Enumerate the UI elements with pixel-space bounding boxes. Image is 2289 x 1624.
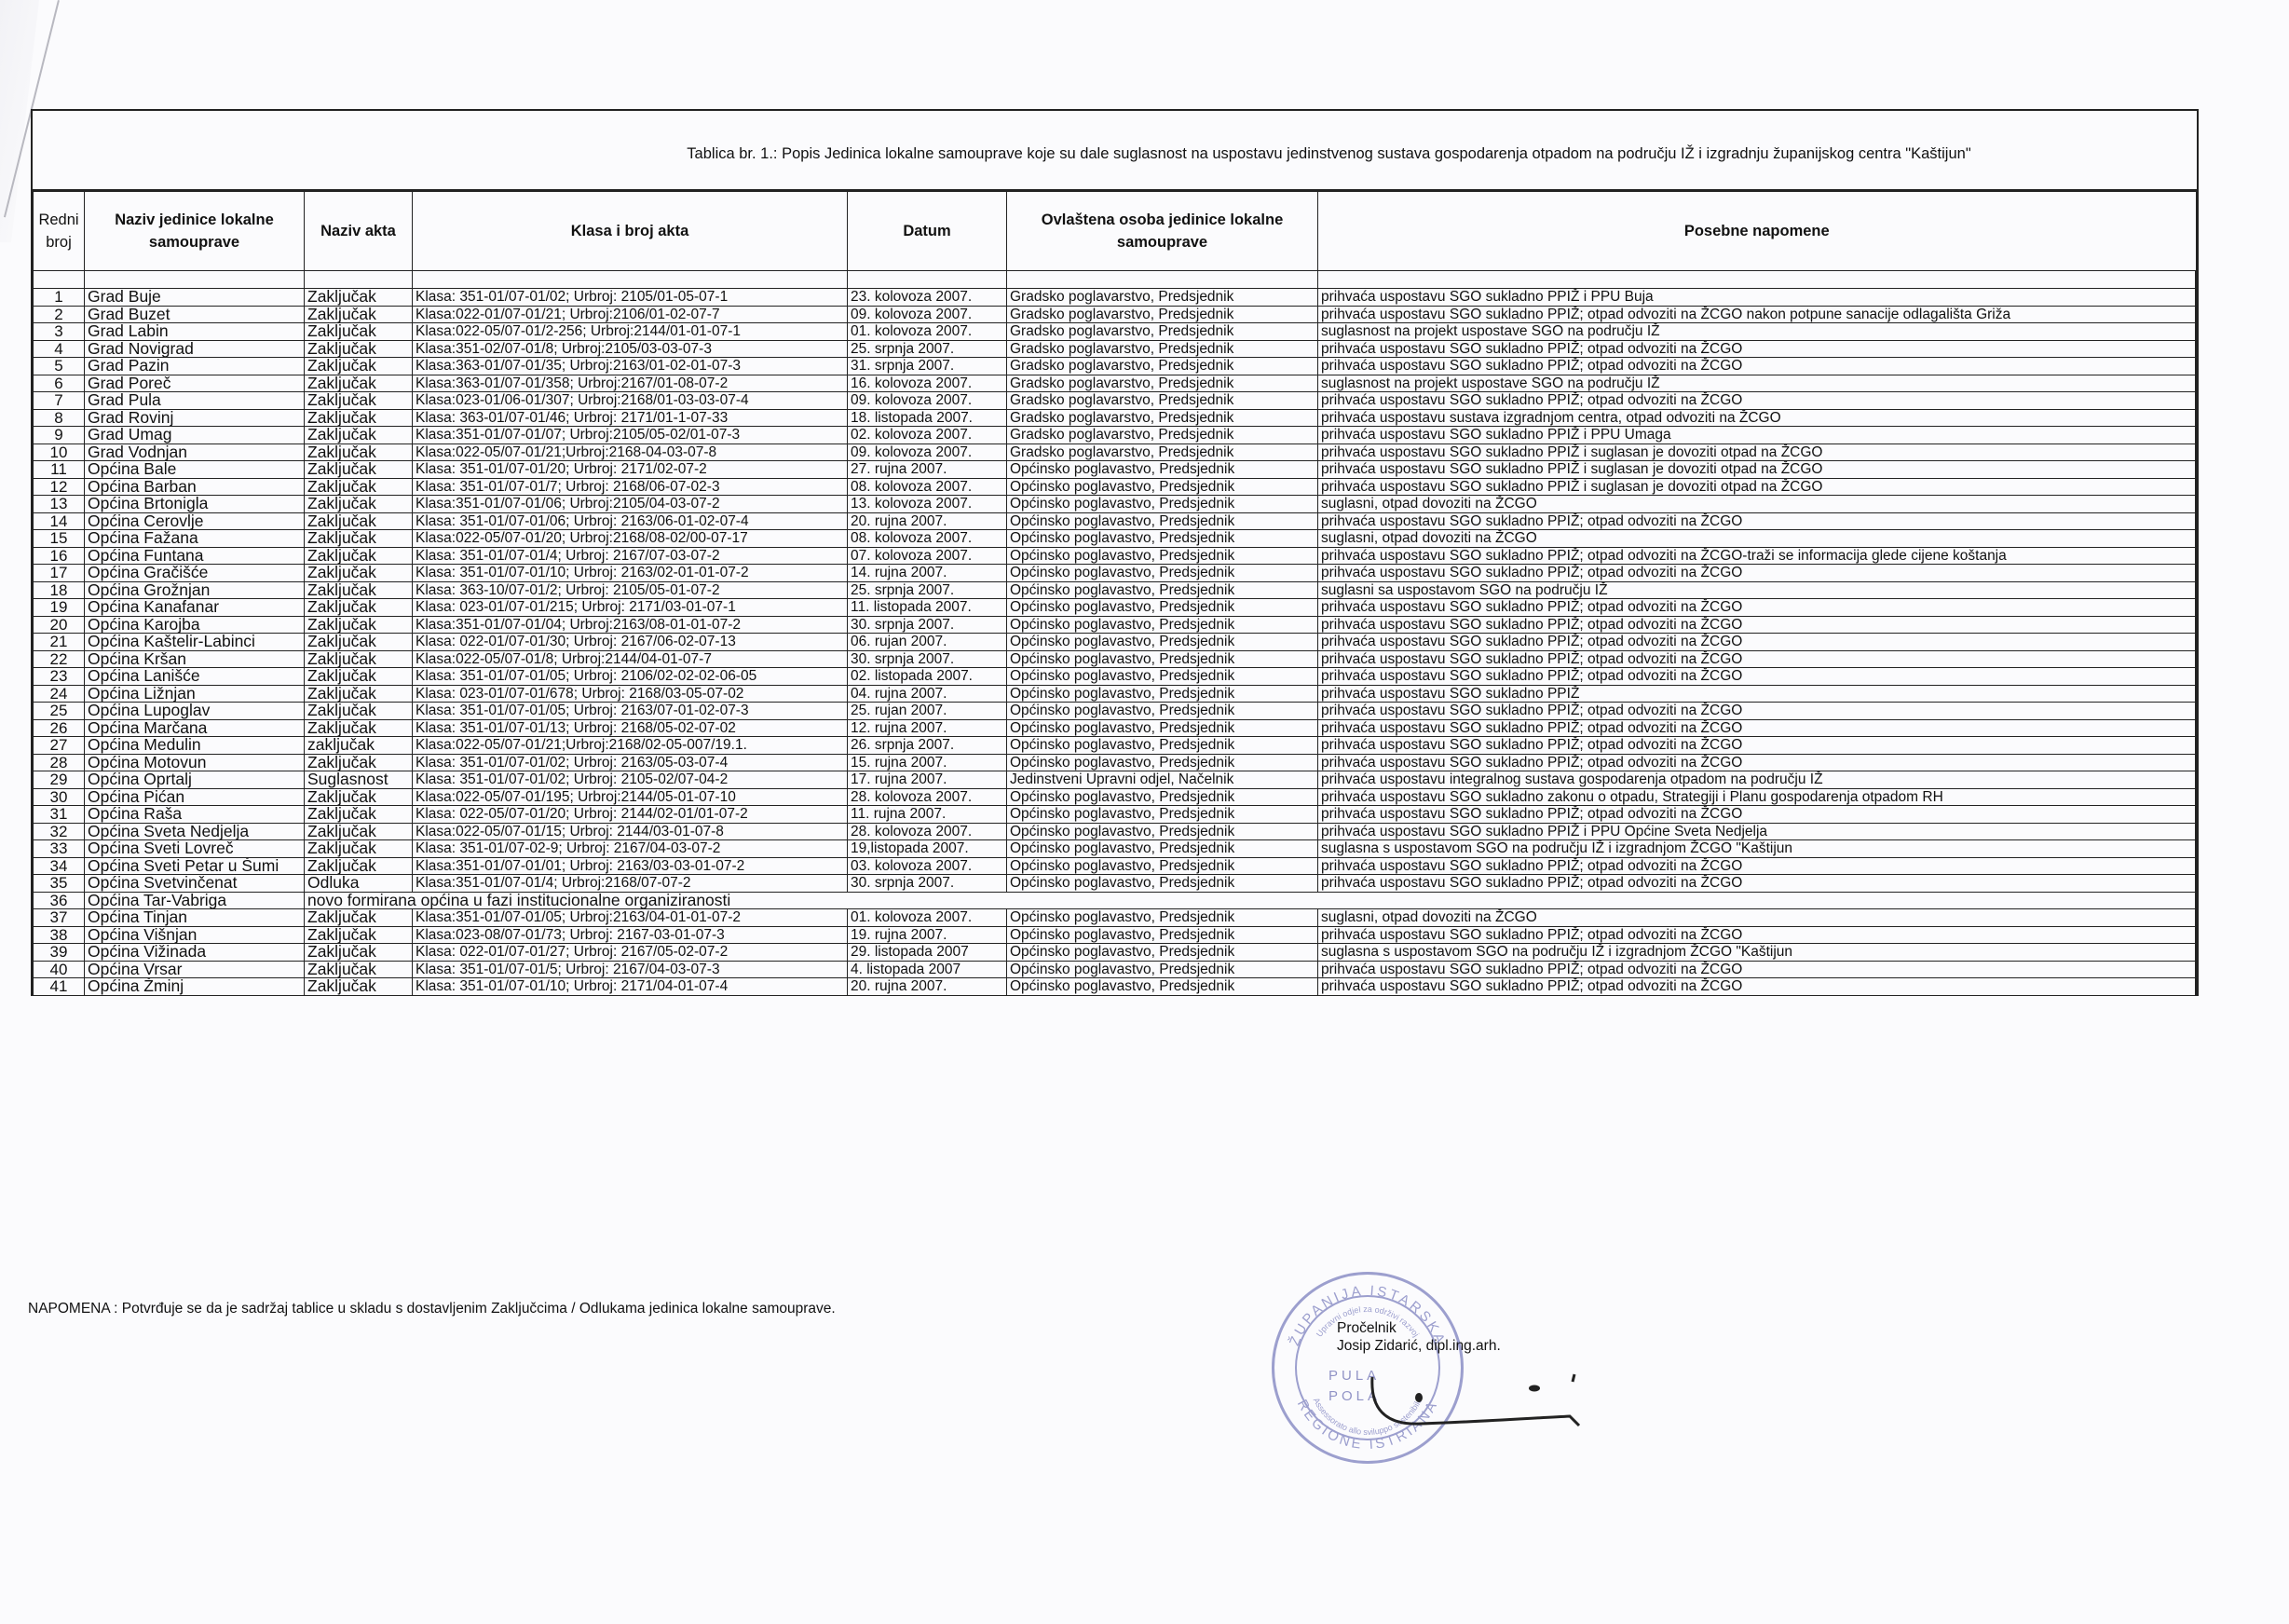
row-number: 9 <box>34 427 85 444</box>
act-type: Zaključak <box>305 926 413 944</box>
table-row: 4Grad NovigradZaključakKlasa:351-02/07-0… <box>34 340 2197 358</box>
municipality-name: Grad Buzet <box>85 306 305 323</box>
act-reference: Klasa:023-08/07-01/73; Urbroj: 2167-03-0… <box>413 926 848 944</box>
table-row: 7Grad PulaZaključakKlasa:023-01/06-01/30… <box>34 392 2197 410</box>
act-type: Zaključak <box>305 944 413 962</box>
authorized-person: Općinsko poglavastvo, Predsjednik <box>1007 650 1318 668</box>
row-number: 5 <box>34 358 85 375</box>
act-reference: Klasa:363-01/07-01/358; Urbroj:2167/01-0… <box>413 375 848 392</box>
row-number: 2 <box>34 306 85 323</box>
table-title: Tablica br. 1.: Popis Jedinica lokalne s… <box>687 145 1970 163</box>
special-notes: prihvaća uspostavu SGO sukladno PPIŽ; ot… <box>1318 806 2197 824</box>
special-notes: prihvaća uspostavu SGO sukladno PPIŽ i s… <box>1318 444 2197 461</box>
act-type: Zaključak <box>305 599 413 617</box>
table-row: 31Općina RašaZaključakKlasa: 022-05/07-0… <box>34 806 2197 824</box>
table-row: 5Grad PazinZaključakKlasa:363-01/07-01/3… <box>34 358 2197 375</box>
act-reference: Klasa: 022-01/07-01/30; Urbroj: 2167/06-… <box>413 634 848 651</box>
row-number: 27 <box>34 737 85 755</box>
table-row: 21Općina Kaštelir-LabinciZaključakKlasa:… <box>34 634 2197 651</box>
act-reference: Klasa: 351-01/07-01/02; Urbroj: 2105/01-… <box>413 289 848 307</box>
footnote: NAPOMENA : Potvrđuje se da je sadržaj ta… <box>28 1301 836 1317</box>
act-type: Zaključak <box>305 668 413 686</box>
special-notes: prihvaća uspostavu SGO sukladno PPIŽ; ot… <box>1318 547 2197 565</box>
merged-note: novo formirana općina u fazi institucion… <box>305 892 2197 909</box>
row-number: 4 <box>34 340 85 358</box>
municipality-name: Grad Umag <box>85 427 305 444</box>
act-reference: Klasa:351-01/07-01/06; Urbroj:2105/04-03… <box>413 496 848 513</box>
document-table-frame: Tablica br. 1.: Popis Jedinica lokalne s… <box>31 109 2199 996</box>
authorized-person: Općinsko poglavastvo, Predsjednik <box>1007 547 1318 565</box>
row-number: 23 <box>34 668 85 686</box>
handwritten-signature-icon <box>1318 1332 1635 1435</box>
act-date: 11. listopada 2007. <box>848 599 1007 617</box>
row-number: 18 <box>34 581 85 599</box>
authorized-person: Općinsko poglavastvo, Predsjednik <box>1007 978 1318 996</box>
special-notes: suglasni sa uspostavom SGO na području I… <box>1318 581 2197 599</box>
act-type: Zaključak <box>305 685 413 703</box>
special-notes: prihvaća uspostavu SGO sukladno PPIŽ; ot… <box>1318 650 2197 668</box>
act-reference: Klasa: 022-01/07-01/27; Urbroj: 2167/05-… <box>413 944 848 962</box>
table-row: 13Općina BrtoniglaZaključakKlasa:351-01/… <box>34 496 2197 513</box>
row-number: 40 <box>34 961 85 978</box>
act-reference: Klasa:022-05/07-01/8; Urbroj:2144/04-01-… <box>413 650 848 668</box>
row-number: 17 <box>34 565 85 582</box>
authorized-person: Općinsko poglavastvo, Predsjednik <box>1007 512 1318 530</box>
act-type: Zaključak <box>305 409 413 427</box>
act-type: Zaključak <box>305 823 413 840</box>
authorized-person: Općinsko poglavastvo, Predsjednik <box>1007 737 1318 755</box>
special-notes: prihvaća uspostavu SGO sukladno zakonu o… <box>1318 788 2197 806</box>
act-date: 09. kolovoza 2007. <box>848 392 1007 410</box>
act-date: 08. kolovoza 2007. <box>848 478 1007 496</box>
act-reference: Klasa:022-05/07-01/15; Urbroj: 2144/03-0… <box>413 823 848 840</box>
act-reference: Klasa:022-05/07-01/21;Urbroj:2168-04-03-… <box>413 444 848 461</box>
act-date: 20. rujna 2007. <box>848 512 1007 530</box>
authorized-person: Općinsko poglavastvo, Predsjednik <box>1007 685 1318 703</box>
act-reference: Klasa: 351-01/07-01/10; Urbroj: 2171/04-… <box>413 978 848 996</box>
row-number: 19 <box>34 599 85 617</box>
act-reference: Klasa: 351-01/07-01/10; Urbroj: 2163/02-… <box>413 565 848 582</box>
act-reference: Klasa: 351-01/07-01/20; Urbroj: 2171/02-… <box>413 461 848 479</box>
act-type: Odluka <box>305 875 413 893</box>
act-date: 19,listopada 2007. <box>848 840 1007 858</box>
act-reference: Klasa: 351-01/07-01/13; Urbroj: 2168/05-… <box>413 719 848 737</box>
special-notes: prihvaća uspostavu SGO sukladno PPIŽ; ot… <box>1318 512 2197 530</box>
authorized-person: Jedinstveni Upravni odjel, Načelnik <box>1007 771 1318 789</box>
act-date: 11. rujna 2007. <box>848 806 1007 824</box>
municipality-name: Općina Sveta Nedjelja <box>85 823 305 840</box>
authorized-person: Općinsko poglavastvo, Predsjednik <box>1007 668 1318 686</box>
special-notes: suglasni, otpad dovoziti na ŽCGO <box>1318 496 2197 513</box>
act-date: 16. kolovoza 2007. <box>848 375 1007 392</box>
municipality-name: Općina Brtonigla <box>85 496 305 513</box>
table-row: 11Općina BaleZaključakKlasa: 351-01/07-0… <box>34 461 2197 479</box>
authorized-person: Općinsko poglavastvo, Predsjednik <box>1007 961 1318 978</box>
municipality-name: Općina Kaštelir-Labinci <box>85 634 305 651</box>
act-reference: Klasa: 351-01/07-02-9; Urbroj: 2167/04-0… <box>413 840 848 858</box>
act-type: Zaključak <box>305 323 413 341</box>
act-date: 09. kolovoza 2007. <box>848 306 1007 323</box>
table-row: 35Općina SvetvinčenatOdlukaKlasa:351-01/… <box>34 875 2197 893</box>
act-date: 27. rujna 2007. <box>848 461 1007 479</box>
act-date: 25. srpnja 2007. <box>848 581 1007 599</box>
municipality-name: Općina Sveti Petar u Šumi <box>85 857 305 875</box>
authorized-person: Gradsko poglavarstvo, Predsjednik <box>1007 323 1318 341</box>
act-reference: Klasa: 351-01/07-01/02; Urbroj: 2105-02/… <box>413 771 848 789</box>
act-type: Zaključak <box>305 719 413 737</box>
table-row: 30Općina PićanZaključakKlasa:022-05/07-0… <box>34 788 2197 806</box>
act-reference: Klasa:351-02/07-01/8; Urbroj:2105/03-03-… <box>413 340 848 358</box>
row-number: 36 <box>34 892 85 909</box>
table-body: 1Grad BujeZaključakKlasa: 351-01/07-01/0… <box>34 289 2197 996</box>
act-type: Zaključak <box>305 340 413 358</box>
row-number: 34 <box>34 857 85 875</box>
authorized-person: Općinsko poglavastvo, Predsjednik <box>1007 719 1318 737</box>
special-notes: suglasna s uspostavom SGO na području IŽ… <box>1318 840 2197 858</box>
header-spacer-row <box>34 271 2197 289</box>
authorized-person: Općinsko poglavastvo, Predsjednik <box>1007 478 1318 496</box>
municipality-name: Grad Pazin <box>85 358 305 375</box>
special-notes: prihvaća uspostavu SGO sukladno PPIŽ i P… <box>1318 289 2197 307</box>
table-row: 8Grad RovinjZaključakKlasa: 363-01/07-01… <box>34 409 2197 427</box>
act-type: Zaključak <box>305 444 413 461</box>
act-type: Zaključak <box>305 840 413 858</box>
authorized-person: Gradsko poglavarstvo, Predsjednik <box>1007 375 1318 392</box>
act-date: 29. listopada 2007 <box>848 944 1007 962</box>
table-row: 28Općina MotovunZaključakKlasa: 351-01/0… <box>34 754 2197 771</box>
col-header-number: Redni broj <box>34 192 85 271</box>
municipality-name: Općina Karojba <box>85 616 305 634</box>
act-reference: Klasa:022-05/07-01/195; Urbroj:2144/05-0… <box>413 788 848 806</box>
authorized-person: Općinsko poglavastvo, Predsjednik <box>1007 909 1318 927</box>
special-notes: prihvaća uspostavu SGO sukladno PPIŽ; ot… <box>1318 875 2197 893</box>
act-type: Zaključak <box>305 754 413 771</box>
municipality-name: Općina Barban <box>85 478 305 496</box>
act-date: 31. srpnja 2007. <box>848 358 1007 375</box>
authorized-person: Općinsko poglavastvo, Predsjednik <box>1007 754 1318 771</box>
table-row: 19Općina KanafanarZaključakKlasa: 023-01… <box>34 599 2197 617</box>
row-number: 39 <box>34 944 85 962</box>
municipality-name: Grad Rovinj <box>85 409 305 427</box>
table-row: 18Općina GrožnjanZaključakKlasa: 363-10/… <box>34 581 2197 599</box>
authorized-person: Gradsko poglavarstvo, Predsjednik <box>1007 409 1318 427</box>
special-notes: prihvaća uspostavu SGO sukladno PPIŽ; ot… <box>1318 703 2197 720</box>
act-reference: Klasa: 363-01/07-01/46; Urbroj: 2171/01-… <box>413 409 848 427</box>
act-date: 14. rujna 2007. <box>848 565 1007 582</box>
act-reference: Klasa: 022-05/07-01/20; Urbroj: 2144/02-… <box>413 806 848 824</box>
special-notes: prihvaća uspostavu SGO sukladno PPIŽ; ot… <box>1318 926 2197 944</box>
municipality-name: Općina Marčana <box>85 719 305 737</box>
col-header-act: Naziv akta <box>305 192 413 271</box>
special-notes: prihvaća uspostavu SGO sukladno PPIŽ i P… <box>1318 823 2197 840</box>
special-notes: prihvaća uspostavu SGO sukladno PPIŽ; ot… <box>1318 668 2197 686</box>
table-row: 39Općina VižinadaZaključakKlasa: 022-01/… <box>34 944 2197 962</box>
row-number: 25 <box>34 703 85 720</box>
special-notes: prihvaća uspostavu SGO sukladno PPIŽ i s… <box>1318 478 2197 496</box>
act-date: 28. kolovoza 2007. <box>848 823 1007 840</box>
act-type: Zaključak <box>305 392 413 410</box>
act-date: 07. kolovoza 2007. <box>848 547 1007 565</box>
table-row: 36Općina Tar-Vabriganovo formirana općin… <box>34 892 2197 909</box>
act-reference: Klasa: 351-01/07-01/05; Urbroj: 2163/07-… <box>413 703 848 720</box>
table-row: 24Općina LižnjanZaključakKlasa: 023-01/0… <box>34 685 2197 703</box>
municipality-name: Općina Gračišće <box>85 565 305 582</box>
authorized-person: Gradsko poglavarstvo, Predsjednik <box>1007 358 1318 375</box>
act-date: 01. kolovoza 2007. <box>848 909 1007 927</box>
act-date: 17. rujna 2007. <box>848 771 1007 789</box>
special-notes: prihvaća uspostavu SGO sukladno PPIŽ <box>1318 685 2197 703</box>
act-date: 12. rujna 2007. <box>848 719 1007 737</box>
special-notes: prihvaća uspostavu SGO sukladno PPIŽ; ot… <box>1318 599 2197 617</box>
authorized-person: Općinsko poglavastvo, Predsjednik <box>1007 840 1318 858</box>
authorized-person: Gradsko poglavarstvo, Predsjednik <box>1007 444 1318 461</box>
act-type: Zaključak <box>305 547 413 565</box>
municipality-name: Općina Fažana <box>85 530 305 548</box>
row-number: 15 <box>34 530 85 548</box>
row-number: 24 <box>34 685 85 703</box>
act-type: Zaključak <box>305 806 413 824</box>
row-number: 21 <box>34 634 85 651</box>
act-date: 13. kolovoza 2007. <box>848 496 1007 513</box>
municipality-name: Općina Tar-Vabriga <box>85 892 305 909</box>
special-notes: suglasnost na projekt uspostave SGO na p… <box>1318 375 2197 392</box>
special-notes: suglasni, otpad dovoziti na ŽCGO <box>1318 530 2197 548</box>
act-reference: Klasa: 023-01/07-01/215; Urbroj: 2171/03… <box>413 599 848 617</box>
table-row: 22Općina KršanZaključakKlasa:022-05/07-0… <box>34 650 2197 668</box>
table-row: 38Općina VišnjanZaključakKlasa:023-08/07… <box>34 926 2197 944</box>
authorized-person: Općinsko poglavastvo, Predsjednik <box>1007 581 1318 599</box>
authorized-person: Općinsko poglavastvo, Predsjednik <box>1007 857 1318 875</box>
municipality-name: Općina Raša <box>85 806 305 824</box>
municipality-name: Općina Medulin <box>85 737 305 755</box>
table-row: 27Općina MedulinzaključakKlasa:022-05/07… <box>34 737 2197 755</box>
municipality-name: Općina Kanafanar <box>85 599 305 617</box>
act-type: Zaključak <box>305 857 413 875</box>
row-number: 38 <box>34 926 85 944</box>
act-date: 30. srpnja 2007. <box>848 650 1007 668</box>
act-date: 28. kolovoza 2007. <box>848 788 1007 806</box>
row-number: 1 <box>34 289 85 307</box>
authorized-person: Općinsko poglavastvo, Predsjednik <box>1007 875 1318 893</box>
row-number: 14 <box>34 512 85 530</box>
table-row: 15Općina FažanaZaključakKlasa:022-05/07-… <box>34 530 2197 548</box>
act-type: Zaključak <box>305 375 413 392</box>
row-number: 3 <box>34 323 85 341</box>
special-notes: prihvaća uspostavu SGO sukladno PPIŽ; ot… <box>1318 634 2197 651</box>
act-reference: Klasa: 351-01/07-01/06; Urbroj: 2163/06-… <box>413 512 848 530</box>
municipality-name: Općina Tinjan <box>85 909 305 927</box>
municipality-name: Grad Labin <box>85 323 305 341</box>
special-notes: prihvaća uspostavu SGO sukladno PPIŽ; ot… <box>1318 961 2197 978</box>
act-reference: Klasa:022-05/07-01/2-256; Urbroj:2144/01… <box>413 323 848 341</box>
row-number: 28 <box>34 754 85 771</box>
act-type: Zaključak <box>305 788 413 806</box>
table-row: 1Grad BujeZaključakKlasa: 351-01/07-01/0… <box>34 289 2197 307</box>
act-date: 25. rujan 2007. <box>848 703 1007 720</box>
act-type: Zaključak <box>305 565 413 582</box>
special-notes: prihvaća uspostavu sustava izgradnjom ce… <box>1318 409 2197 427</box>
municipality-name: Općina Grožnjan <box>85 581 305 599</box>
authorized-person: Općinsko poglavastvo, Predsjednik <box>1007 496 1318 513</box>
authorized-person: Općinsko poglavastvo, Predsjednik <box>1007 530 1318 548</box>
act-reference: Klasa: 351-01/07-01/7; Urbroj: 2168/06-0… <box>413 478 848 496</box>
authorized-person: Gradsko poglavarstvo, Predsjednik <box>1007 340 1318 358</box>
table-row: 41Općina ŽminjZaključakKlasa: 351-01/07-… <box>34 978 2197 996</box>
table-row: 16Općina FuntanaZaključakKlasa: 351-01/0… <box>34 547 2197 565</box>
signature-block: ŽUPANIJA ISTARSKA REGIONE ISTRIANA Uprav… <box>1262 1249 1654 1481</box>
municipality-name: Općina Višnjan <box>85 926 305 944</box>
municipality-name: Općina Funtana <box>85 547 305 565</box>
act-date: 06. rujan 2007. <box>848 634 1007 651</box>
act-reference: Klasa:022-05/07-01/21;Urbroj:2168/02-05-… <box>413 737 848 755</box>
table-row: 26Općina MarčanaZaključakKlasa: 351-01/0… <box>34 719 2197 737</box>
municipality-name: Općina Sveti Lovreč <box>85 840 305 858</box>
act-type: Suglasnost <box>305 771 413 789</box>
row-number: 6 <box>34 375 85 392</box>
authorized-person: Gradsko poglavarstvo, Predsjednik <box>1007 306 1318 323</box>
special-notes: prihvaća uspostavu integralnog sustava g… <box>1318 771 2197 789</box>
act-reference: Klasa: 351-01/07-01/02; Urbroj: 2163/05-… <box>413 754 848 771</box>
row-number: 22 <box>34 650 85 668</box>
authorized-person: Gradsko poglavarstvo, Predsjednik <box>1007 392 1318 410</box>
special-notes: prihvaća uspostavu SGO sukladno PPIŽ; ot… <box>1318 719 2197 737</box>
col-header-notes: Posebne napomene <box>1318 192 2197 271</box>
act-date: 03. kolovoza 2007. <box>848 857 1007 875</box>
row-number: 33 <box>34 840 85 858</box>
row-number: 7 <box>34 392 85 410</box>
act-date: 15. rujna 2007. <box>848 754 1007 771</box>
authorized-person: Gradsko poglavarstvo, Predsjednik <box>1007 427 1318 444</box>
act-type: Zaključak <box>305 616 413 634</box>
act-date: 30. srpnja 2007. <box>848 616 1007 634</box>
col-header-authority: Ovlaštena osoba jedinice lokalne samoupr… <box>1007 192 1318 271</box>
special-notes: prihvaća uspostavu SGO sukladno PPIŽ; ot… <box>1318 392 2197 410</box>
table-row: 20Općina KarojbaZaključakKlasa:351-01/07… <box>34 616 2197 634</box>
authorized-person: Općinsko poglavastvo, Predsjednik <box>1007 565 1318 582</box>
act-type: Zaključak <box>305 289 413 307</box>
table-row: 17Općina GračišćeZaključakKlasa: 351-01/… <box>34 565 2197 582</box>
municipality-name: Općina Lanišće <box>85 668 305 686</box>
act-date: 26. srpnja 2007. <box>848 737 1007 755</box>
act-type: Zaključak <box>305 478 413 496</box>
municipalities-table: Redni broj Naziv jedinice lokalne samoup… <box>33 191 2197 996</box>
municipality-name: Općina Ližnjan <box>85 685 305 703</box>
act-type: Zaključak <box>305 978 413 996</box>
table-row: 3Grad LabinZaključakKlasa:022-05/07-01/2… <box>34 323 2197 341</box>
authorized-person: Općinsko poglavastvo, Predsjednik <box>1007 703 1318 720</box>
municipality-name: Grad Buje <box>85 289 305 307</box>
municipality-name: Općina Cerovlje <box>85 512 305 530</box>
act-reference: Klasa:351-01/07-01/01; Urbroj: 2163/03-0… <box>413 857 848 875</box>
authorized-person: Općinsko poglavastvo, Predsjednik <box>1007 788 1318 806</box>
row-number: 32 <box>34 823 85 840</box>
act-date: 19. rujna 2007. <box>848 926 1007 944</box>
special-notes: prihvaća uspostavu SGO sukladno PPIŽ; ot… <box>1318 565 2197 582</box>
act-reference: Klasa: 363-10/07-01/2; Urbroj: 2105/05-0… <box>413 581 848 599</box>
act-reference: Klasa: 351-01/07-01/4; Urbroj: 2167/07-0… <box>413 547 848 565</box>
row-number: 37 <box>34 909 85 927</box>
special-notes: prihvaća uspostavu SGO sukladno PPIŽ; ot… <box>1318 978 2197 996</box>
act-reference: Klasa:363-01/07-01/35; Urbroj:2163/01-02… <box>413 358 848 375</box>
row-number: 16 <box>34 547 85 565</box>
table-row: 32Općina Sveta NedjeljaZaključakKlasa:02… <box>34 823 2197 840</box>
authorized-person: Općinsko poglavastvo, Predsjednik <box>1007 461 1318 479</box>
act-type: Zaključak <box>305 306 413 323</box>
special-notes: prihvaća uspostavu SGO sukladno PPIŽ i s… <box>1318 461 2197 479</box>
municipality-name: Općina Žminj <box>85 978 305 996</box>
special-notes: prihvaća uspostavu SGO sukladno PPIŽ; ot… <box>1318 358 2197 375</box>
act-type: Zaključak <box>305 909 413 927</box>
municipality-name: Grad Vodnjan <box>85 444 305 461</box>
act-type: Zaključak <box>305 427 413 444</box>
act-reference: Klasa: 351-01/07-01/5; Urbroj: 2167/04-0… <box>413 961 848 978</box>
act-date: 09. kolovoza 2007. <box>848 444 1007 461</box>
act-date: 04. rujna 2007. <box>848 685 1007 703</box>
table-row: 37Općina TinjanZaključakKlasa:351-01/07-… <box>34 909 2197 927</box>
col-header-name: Naziv jedinice lokalne samouprave <box>85 192 305 271</box>
col-header-klasa: Klasa i broj akta <box>413 192 848 271</box>
act-reference: Klasa:022-05/07-01/20; Urbroj:2168/08-02… <box>413 530 848 548</box>
row-number: 41 <box>34 978 85 996</box>
row-number: 30 <box>34 788 85 806</box>
act-type: Zaključak <box>305 530 413 548</box>
table-header-row: Redni broj Naziv jedinice lokalne samoup… <box>34 192 2197 271</box>
act-date: 08. kolovoza 2007. <box>848 530 1007 548</box>
table-row: 14Općina CerovljeZaključakKlasa: 351-01/… <box>34 512 2197 530</box>
col-header-date: Datum <box>848 192 1007 271</box>
municipality-name: Općina Vižinada <box>85 944 305 962</box>
authorized-person: Općinsko poglavastvo, Predsjednik <box>1007 599 1318 617</box>
act-date: 25. srpnja 2007. <box>848 340 1007 358</box>
act-reference: Klasa:023-01/06-01/307; Urbroj:2168/01-0… <box>413 392 848 410</box>
special-notes: suglasni, otpad dovoziti na ŽCGO <box>1318 909 2197 927</box>
municipality-name: Općina Oprtalj <box>85 771 305 789</box>
act-type: Zaključak <box>305 961 413 978</box>
act-date: 01. kolovoza 2007. <box>848 323 1007 341</box>
municipality-name: Općina Pićan <box>85 788 305 806</box>
municipality-name: Općina Bale <box>85 461 305 479</box>
row-number: 26 <box>34 719 85 737</box>
act-type: Zaključak <box>305 358 413 375</box>
special-notes: prihvaća uspostavu SGO sukladno PPIŽ; ot… <box>1318 616 2197 634</box>
table-row: 9Grad UmagZaključakKlasa:351-01/07-01/07… <box>34 427 2197 444</box>
act-type: Zaključak <box>305 634 413 651</box>
act-date: 02. listopada 2007. <box>848 668 1007 686</box>
municipality-name: Grad Poreč <box>85 375 305 392</box>
row-number: 8 <box>34 409 85 427</box>
municipality-name: Grad Pula <box>85 392 305 410</box>
row-number: 10 <box>34 444 85 461</box>
table-row: 34Općina Sveti Petar u ŠumiZaključakKlas… <box>34 857 2197 875</box>
row-number: 29 <box>34 771 85 789</box>
act-type: zaključak <box>305 737 413 755</box>
authorized-person: Općinsko poglavastvo, Predsjednik <box>1007 944 1318 962</box>
table-title-row: Tablica br. 1.: Popis Jedinica lokalne s… <box>33 111 2197 191</box>
special-notes: prihvaća uspostavu SGO sukladno PPIŽ; ot… <box>1318 340 2197 358</box>
row-number: 31 <box>34 806 85 824</box>
act-type: Zaključak <box>305 461 413 479</box>
act-reference: Klasa:351-01/07-01/04; Urbroj:2163/08-01… <box>413 616 848 634</box>
special-notes: prihvaća uspostavu SGO sukladno PPIŽ; ot… <box>1318 857 2197 875</box>
row-number: 20 <box>34 616 85 634</box>
special-notes: suglasnost na projekt uspostave SGO na p… <box>1318 323 2197 341</box>
table-row: 40Općina VrsarZaključakKlasa: 351-01/07-… <box>34 961 2197 978</box>
act-date: 20. rujna 2007. <box>848 978 1007 996</box>
municipality-name: Općina Lupoglav <box>85 703 305 720</box>
special-notes: suglasna s uspostavom SGO na području IŽ… <box>1318 944 2197 962</box>
act-reference: Klasa: 023-01/07-01/678; Urbroj: 2168/03… <box>413 685 848 703</box>
table-row: 23Općina LanišćeZaključakKlasa: 351-01/0… <box>34 668 2197 686</box>
